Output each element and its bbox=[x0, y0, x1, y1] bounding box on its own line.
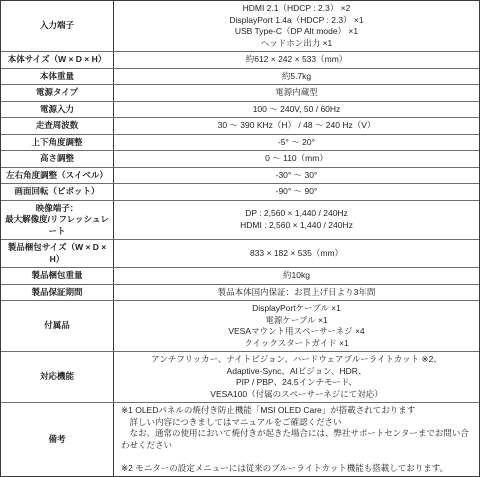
spec-row: 画面回転（ピボット）-90° ～ 90° bbox=[1, 184, 479, 201]
spec-value: 約10kg bbox=[114, 268, 479, 284]
spec-row: 電源タイプ電源内蔵型 bbox=[1, 85, 479, 102]
spec-value: -5° ～ 20° bbox=[114, 135, 479, 151]
spec-label-text: 製品梱包サイズ（W × D × H） bbox=[5, 242, 109, 265]
spec-value-text: -90° ～ 90° bbox=[118, 186, 475, 198]
spec-value-text: -5° ～ 20° bbox=[118, 137, 475, 149]
spec-label-text: 電源入力 bbox=[5, 104, 109, 116]
spec-value: アンチフリッカー、ナイトビジョン、ハードウェアブルーライトカット ※2、 Ada… bbox=[114, 352, 479, 402]
spec-value-text: ※1 OLEDパネルの焼付き防止機能「MSI OLED Care」が搭載されてお… bbox=[118, 405, 475, 474]
spec-label-text: 入力端子 bbox=[5, 20, 109, 32]
spec-value-text: アンチフリッカー、ナイトビジョン、ハードウェアブルーライトカット ※2、 Ada… bbox=[118, 354, 475, 400]
spec-label-text: 製品保証期間 bbox=[5, 287, 109, 299]
spec-label: 製品梱包サイズ（W × D × H） bbox=[1, 240, 114, 267]
spec-label: 映像端子： 最大解像度/リフレッシュレート bbox=[1, 201, 114, 240]
spec-value: 電源内蔵型 bbox=[114, 85, 479, 101]
spec-value: ※1 OLEDパネルの焼付き防止機能「MSI OLED Care」が搭載されてお… bbox=[114, 403, 479, 476]
spec-value-text: 約10kg bbox=[118, 270, 475, 282]
spec-label-text: 製品梱包重量 bbox=[5, 270, 109, 282]
spec-value-text: 833 × 182 × 535（mm） bbox=[118, 248, 475, 260]
spec-label-text: 高さ調整 bbox=[5, 153, 109, 165]
spec-row: 映像端子： 最大解像度/リフレッシュレートDP : 2,560 × 1,440 … bbox=[1, 201, 479, 241]
spec-label-text: 備考 bbox=[5, 434, 109, 446]
spec-value-text: -30° ～ 30° bbox=[118, 170, 475, 182]
spec-value: DP : 2,560 × 1,440 / 240Hz HDMI : 2,560 … bbox=[114, 201, 479, 240]
spec-label: 左右角度調整（スイベル） bbox=[1, 168, 114, 184]
spec-row: 走査周波数30 ～ 390 KHz（H） / 48 ～ 240 Hz（V） bbox=[1, 118, 479, 135]
spec-value: -30° ～ 30° bbox=[114, 168, 479, 184]
spec-value-text: 0 ～ 110（mm） bbox=[118, 153, 475, 165]
spec-label: 製品梱包重量 bbox=[1, 268, 114, 284]
spec-value: -90° ～ 90° bbox=[114, 184, 479, 200]
spec-value: 約5.7kg bbox=[114, 69, 479, 85]
spec-label: 対応機能 bbox=[1, 352, 114, 402]
spec-label: 備考 bbox=[1, 403, 114, 476]
spec-label-text: 映像端子： 最大解像度/リフレッシュレート bbox=[5, 203, 109, 238]
spec-value: 約612 × 242 × 533（mm） bbox=[114, 52, 479, 68]
spec-value: 100 ～ 240V, 50 / 60Hz bbox=[114, 102, 479, 118]
spec-value-text: HDMI 2.1（HDCP : 2.3） ×2 DisplayPort 1.4a… bbox=[118, 3, 475, 49]
spec-row: 電源入力100 ～ 240V, 50 / 60Hz bbox=[1, 102, 479, 119]
spec-label: 走査周波数 bbox=[1, 118, 114, 134]
spec-label: 画面回転（ピボット） bbox=[1, 184, 114, 200]
spec-value-text: 製品本体国内保証：お買上げ日より3年間 bbox=[118, 287, 475, 299]
spec-value: 製品本体国内保証：お買上げ日より3年間 bbox=[114, 285, 479, 301]
spec-value-text: DP : 2,560 × 1,440 / 240Hz HDMI : 2,560 … bbox=[118, 208, 475, 231]
spec-row: 製品梱包サイズ（W × D × H）833 × 182 × 535（mm） bbox=[1, 240, 479, 268]
spec-label: 本体重量 bbox=[1, 69, 114, 85]
spec-row: 備考※1 OLEDパネルの焼付き防止機能「MSI OLED Care」が搭載され… bbox=[1, 403, 479, 476]
spec-row: 左右角度調整（スイベル）-30° ～ 30° bbox=[1, 168, 479, 185]
spec-value-text: 100 ～ 240V, 50 / 60Hz bbox=[118, 104, 475, 116]
spec-label-text: 本体サイズ（W × D × H） bbox=[5, 54, 109, 66]
spec-row: 入力端子HDMI 2.1（HDCP : 2.3） ×2 DisplayPort … bbox=[1, 1, 479, 52]
spec-label: 電源タイプ bbox=[1, 85, 114, 101]
spec-label: 入力端子 bbox=[1, 1, 114, 51]
spec-label-text: 画面回転（ピボット） bbox=[5, 186, 109, 198]
spec-value: 0 ～ 110（mm） bbox=[114, 151, 479, 167]
spec-label-text: 電源タイプ bbox=[5, 87, 109, 99]
spec-value-text: 30 ～ 390 KHz（H） / 48 ～ 240 Hz（V） bbox=[118, 120, 475, 132]
spec-value: 30 ～ 390 KHz（H） / 48 ～ 240 Hz（V） bbox=[114, 118, 479, 134]
spec-label: 高さ調整 bbox=[1, 151, 114, 167]
spec-label-text: 本体重量 bbox=[5, 71, 109, 83]
spec-row: 対応機能アンチフリッカー、ナイトビジョン、ハードウェアブルーライトカット ※2、… bbox=[1, 352, 479, 403]
spec-label-text: 付属品 bbox=[5, 320, 109, 332]
spec-row: 高さ調整0 ～ 110（mm） bbox=[1, 151, 479, 168]
spec-value: HDMI 2.1（HDCP : 2.3） ×2 DisplayPort 1.4a… bbox=[114, 1, 479, 51]
spec-value-text: 約612 × 242 × 533（mm） bbox=[118, 54, 475, 66]
spec-label-text: 上下角度調整 bbox=[5, 137, 109, 149]
spec-value-text: DisplayPortケーブル ×1 電源ケーブル ×1 VESAマウント用スペ… bbox=[118, 303, 475, 349]
spec-value-text: 電源内蔵型 bbox=[118, 87, 475, 99]
spec-value: DisplayPortケーブル ×1 電源ケーブル ×1 VESAマウント用スペ… bbox=[114, 301, 479, 351]
spec-label: 本体サイズ（W × D × H） bbox=[1, 52, 114, 68]
spec-row: 製品梱包重量約10kg bbox=[1, 268, 479, 285]
spec-label: 上下角度調整 bbox=[1, 135, 114, 151]
spec-row: 製品保証期間製品本体国内保証：お買上げ日より3年間 bbox=[1, 285, 479, 302]
spec-label: 電源入力 bbox=[1, 102, 114, 118]
spec-row: 本体サイズ（W × D × H）約612 × 242 × 533（mm） bbox=[1, 52, 479, 69]
monitor-spec-table: 入力端子HDMI 2.1（HDCP : 2.3） ×2 DisplayPort … bbox=[0, 0, 480, 477]
spec-row: 付属品DisplayPortケーブル ×1 電源ケーブル ×1 VESAマウント… bbox=[1, 301, 479, 352]
spec-row: 本体重量約5.7kg bbox=[1, 69, 479, 86]
spec-label-text: 走査周波数 bbox=[5, 120, 109, 132]
spec-value: 833 × 182 × 535（mm） bbox=[114, 240, 479, 267]
spec-label-text: 対応機能 bbox=[5, 371, 109, 383]
spec-row: 上下角度調整-5° ～ 20° bbox=[1, 135, 479, 152]
spec-label: 製品保証期間 bbox=[1, 285, 114, 301]
spec-label-text: 左右角度調整（スイベル） bbox=[5, 170, 109, 182]
spec-label: 付属品 bbox=[1, 301, 114, 351]
spec-value-text: 約5.7kg bbox=[118, 71, 475, 83]
